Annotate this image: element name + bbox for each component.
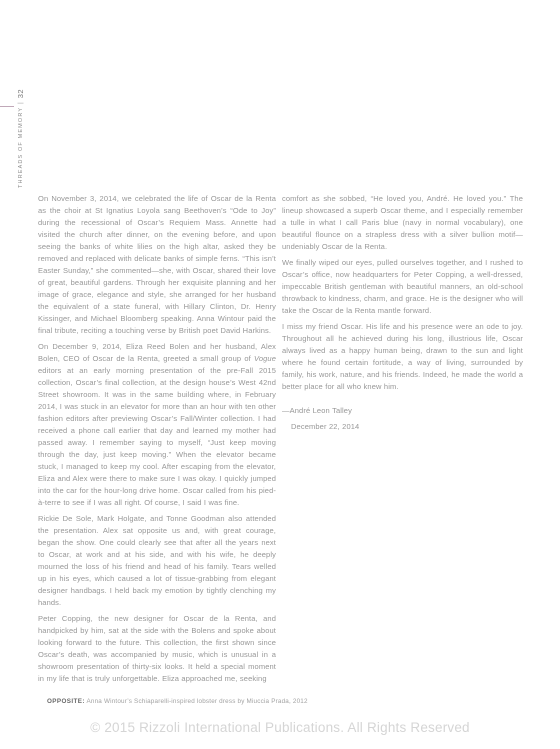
paragraph: comfort as she sobbed, “He loved you, An… — [282, 193, 523, 253]
page-number: 32 — [16, 89, 25, 98]
paragraph: On November 3, 2014, we celebrated the l… — [38, 193, 276, 337]
caption-text: Anna Wintour’s Schiaparelli-inspired lob… — [85, 698, 308, 705]
paragraph: Rickie De Sole, Mark Holgate, and Tonne … — [38, 513, 276, 609]
running-head-separator: | — [18, 102, 24, 104]
paragraph: I miss my friend Oscar. His life and his… — [282, 321, 523, 393]
paragraph: On December 9, 2014, Eliza Reed Bolen an… — [38, 341, 276, 509]
paragraph-text: On December 9, 2014, Eliza Reed Bolen an… — [38, 342, 276, 363]
caption-label: OPPOSITE: — [47, 698, 85, 705]
text-column-right: comfort as she sobbed, “He loved you, An… — [282, 193, 523, 437]
text-column-left: On November 3, 2014, we celebrated the l… — [38, 193, 276, 689]
paragraph: Peter Copping, the new designer for Osca… — [38, 613, 276, 685]
paragraph-text: editors at an early morning presentation… — [38, 366, 276, 507]
photo-caption: OPPOSITE: Anna Wintour’s Schiaparelli-in… — [47, 698, 308, 705]
running-head-strip: THREADS OF MEMORY | 32 — [15, 85, 26, 188]
running-head-title: THREADS OF MEMORY — [18, 107, 24, 188]
margin-accent-rule — [0, 106, 14, 107]
magazine-title-italic: Vogue — [254, 354, 276, 363]
author-signature: —André Leon Talley — [282, 405, 523, 417]
paragraph: We finally wiped our eyes, pulled oursel… — [282, 257, 523, 317]
copyright-watermark: © 2015 Rizzoli International Publication… — [0, 720, 560, 735]
book-page: THREADS OF MEMORY | 32 On November 3, 20… — [0, 0, 560, 749]
signature-block: —André Leon Talley December 22, 2014 — [282, 405, 523, 433]
signature-date: December 22, 2014 — [282, 421, 523, 433]
